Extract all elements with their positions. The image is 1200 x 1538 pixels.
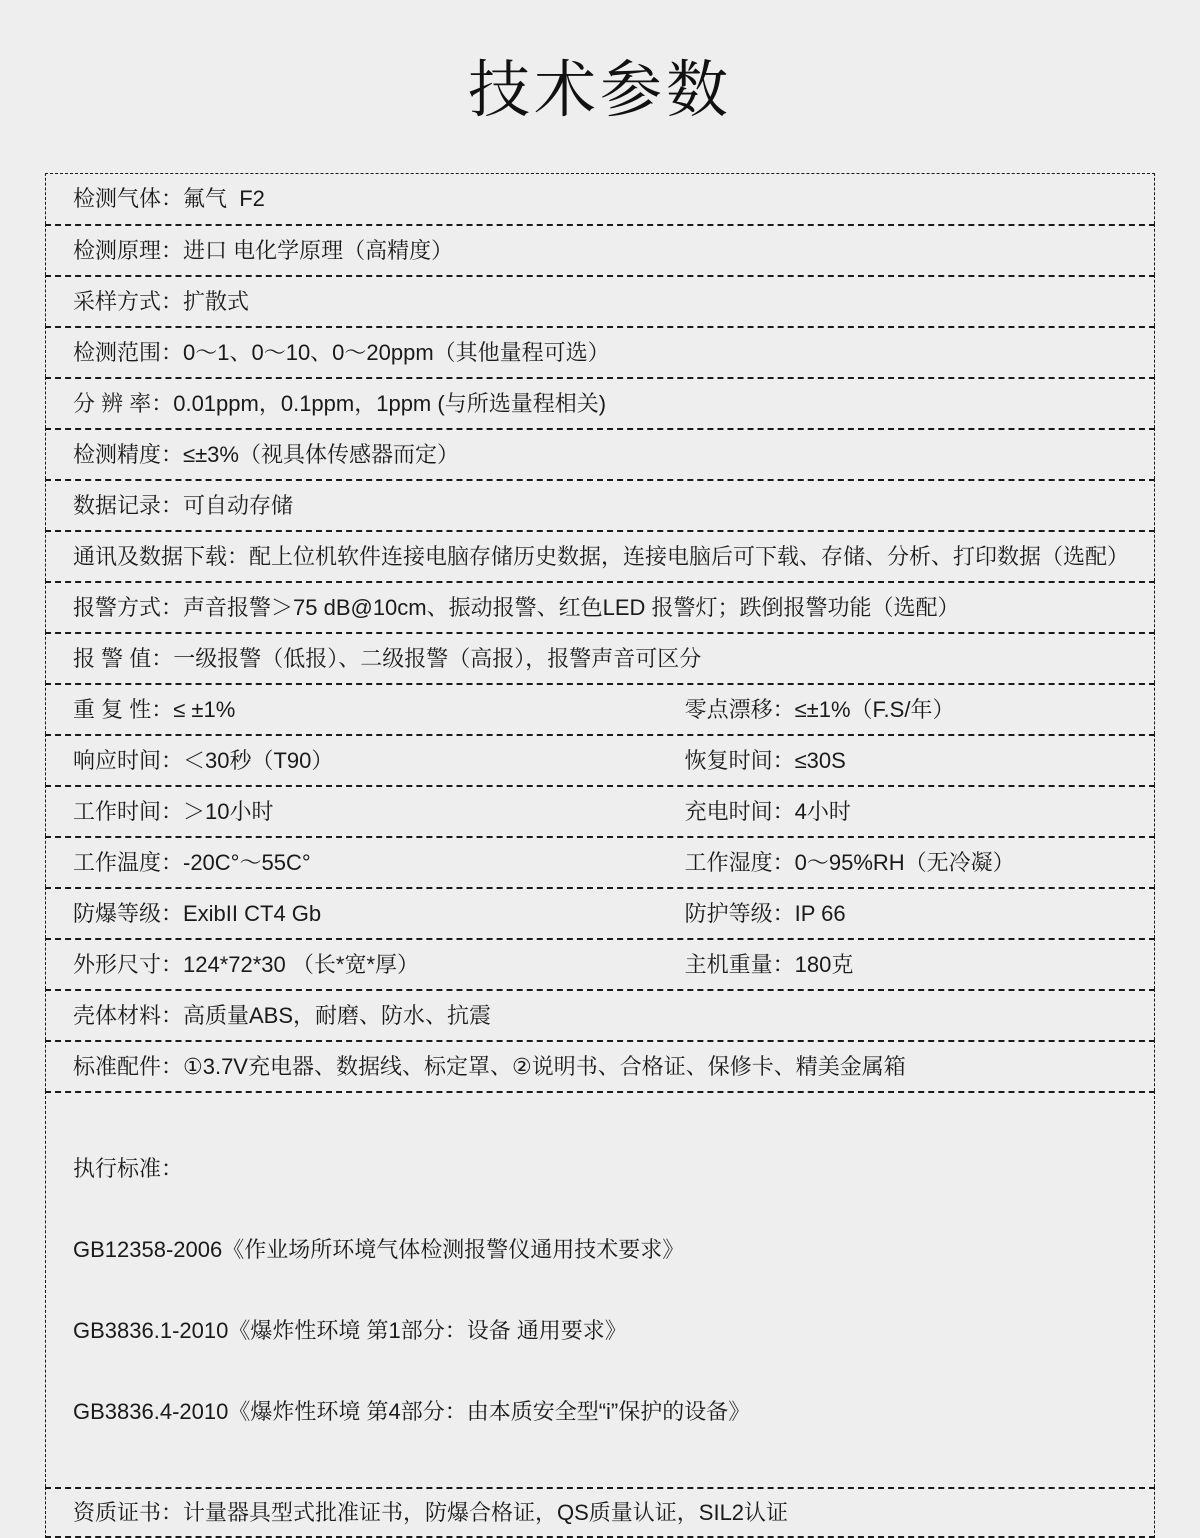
- spec-text: 资质证书：计量器具型式批准证书，防爆合格证，QS质量认证，SIL2认证: [73, 1499, 788, 1527]
- spec-row-detection-gas: 检测气体：氟气 F2: [45, 173, 1155, 224]
- spec-text: 分 辨 率：0.01ppm，0.1ppm，1ppm (与所选量程相关): [73, 390, 606, 418]
- spec-row-detection-range: 检测范围：0～1、0～10、0～20ppm（其他量程可选）: [45, 326, 1155, 377]
- spec-row-working-charging-time: 工作时间：＞10小时 充电时间：4小时: [45, 785, 1155, 836]
- standard-line: GB12358-2006《作业场所环境气体检测报警仪通用技术要求》: [73, 1236, 1146, 1263]
- spec-text-left: 工作时间：＞10小时: [73, 798, 685, 826]
- standard-line: GB3836.1-2010《爆炸性环境 第1部分：设备 通用要求》: [73, 1317, 1146, 1344]
- spec-row-qualification-certificates: 资质证书：计量器具型式批准证书，防爆合格证，QS质量认证，SIL2认证: [45, 1487, 1155, 1538]
- spec-row-temperature-humidity: 工作温度：-20C°～55C° 工作湿度：0～95%RH（无冷凝）: [45, 836, 1155, 887]
- spec-text-left: 外形尺寸：124*72*30 （长*宽*厚）: [73, 951, 685, 979]
- spec-row-explosion-protection-rating: 防爆等级：ExibII CT4 Gb 防护等级：IP 66: [45, 887, 1155, 938]
- spec-text-left: 防爆等级：ExibII CT4 Gb: [73, 900, 685, 928]
- spec-text: 检测范围：0～1、0～10、0～20ppm（其他量程可选）: [73, 339, 610, 367]
- spec-text: 数据记录：可自动存储: [73, 492, 293, 520]
- spec-row-executive-standards: 执行标准： GB12358-2006《作业场所环境气体检测报警仪通用技术要求》 …: [45, 1091, 1155, 1487]
- spec-row-response-recovery-time: 响应时间：＜30秒（T90） 恢复时间：≤30S: [45, 734, 1155, 785]
- spec-text-right: 防护等级：IP 66: [685, 900, 1146, 928]
- standard-line: GB3836.4-2010《爆炸性环境 第4部分：由本质安全型“i”保护的设备》: [73, 1398, 1146, 1425]
- spec-text-right: 零点漂移：≤±1%（F.S/年）: [685, 696, 1146, 724]
- standard-line: 执行标准：: [73, 1155, 1146, 1182]
- spec-row-alarm-method: 报警方式：声音报警＞75 dB@10cm、振动报警、红色LED 报警灯；跌倒报警…: [45, 581, 1155, 632]
- spec-text: 检测原理：进口 电化学原理（高精度）: [73, 237, 453, 265]
- spec-row-repeatability-zero-drift: 重 复 性：≤ ±1% 零点漂移：≤±1%（F.S/年）: [45, 683, 1155, 734]
- spec-row-data-logging: 数据记录：可自动存储: [45, 479, 1155, 530]
- spec-text: 采样方式：扩散式: [73, 288, 249, 316]
- spec-row-alarm-value: 报 警 值：一级报警（低报）、二级报警（高报），报警声音可区分: [45, 632, 1155, 683]
- spec-row-shell-material: 壳体材料：高质量ABS，耐磨、防水、抗震: [45, 989, 1155, 1040]
- spec-text-left: 重 复 性：≤ ±1%: [73, 696, 685, 724]
- spec-row-dimensions-weight: 外形尺寸：124*72*30 （长*宽*厚） 主机重量：180克: [45, 938, 1155, 989]
- spec-row-detection-principle: 检测原理：进口 电化学原理（高精度）: [45, 224, 1155, 275]
- spec-row-sampling-method: 采样方式：扩散式: [45, 275, 1155, 326]
- spec-text: 检测精度：≤±3%（视具体传感器而定）: [73, 441, 459, 469]
- spec-text-right: 恢复时间：≤30S: [685, 747, 1146, 775]
- spec-row-resolution: 分 辨 率：0.01ppm，0.1ppm，1ppm (与所选量程相关): [45, 377, 1155, 428]
- spec-text-left: 工作温度：-20C°～55C°: [73, 849, 685, 877]
- page-title: 技术参数: [0, 0, 1200, 129]
- spec-text: 壳体材料：高质量ABS，耐磨、防水、抗震: [73, 1002, 491, 1030]
- spec-text-right: 工作湿度：0～95%RH（无冷凝）: [685, 849, 1146, 877]
- spec-text: 标准配件：①3.7V充电器、数据线、标定罩、②说明书、合格证、保修卡、精美金属箱: [73, 1053, 906, 1081]
- spec-text: 通讯及数据下载：配上位机软件连接电脑存储历史数据，连接电脑后可下载、存储、分析、…: [73, 543, 1129, 571]
- spec-text-right: 充电时间：4小时: [685, 798, 1146, 826]
- spec-text-left: 响应时间：＜30秒（T90）: [73, 747, 685, 775]
- spec-text: 报 警 值：一级报警（低报）、二级报警（高报），报警声音可区分: [73, 645, 701, 673]
- spec-text: 报警方式：声音报警＞75 dB@10cm、振动报警、红色LED 报警灯；跌倒报警…: [73, 594, 960, 622]
- spec-row-communication-download: 通讯及数据下载：配上位机软件连接电脑存储历史数据，连接电脑后可下载、存储、分析、…: [45, 530, 1155, 581]
- spec-table: 检测气体：氟气 F2 检测原理：进口 电化学原理（高精度） 采样方式：扩散式 检…: [45, 173, 1155, 1538]
- spec-text: 检测气体：氟气 F2: [73, 185, 265, 213]
- spec-text-right: 主机重量：180克: [685, 951, 1146, 979]
- spec-row-standard-accessories: 标准配件：①3.7V充电器、数据线、标定罩、②说明书、合格证、保修卡、精美金属箱: [45, 1040, 1155, 1091]
- spec-row-accuracy: 检测精度：≤±3%（视具体传感器而定）: [45, 428, 1155, 479]
